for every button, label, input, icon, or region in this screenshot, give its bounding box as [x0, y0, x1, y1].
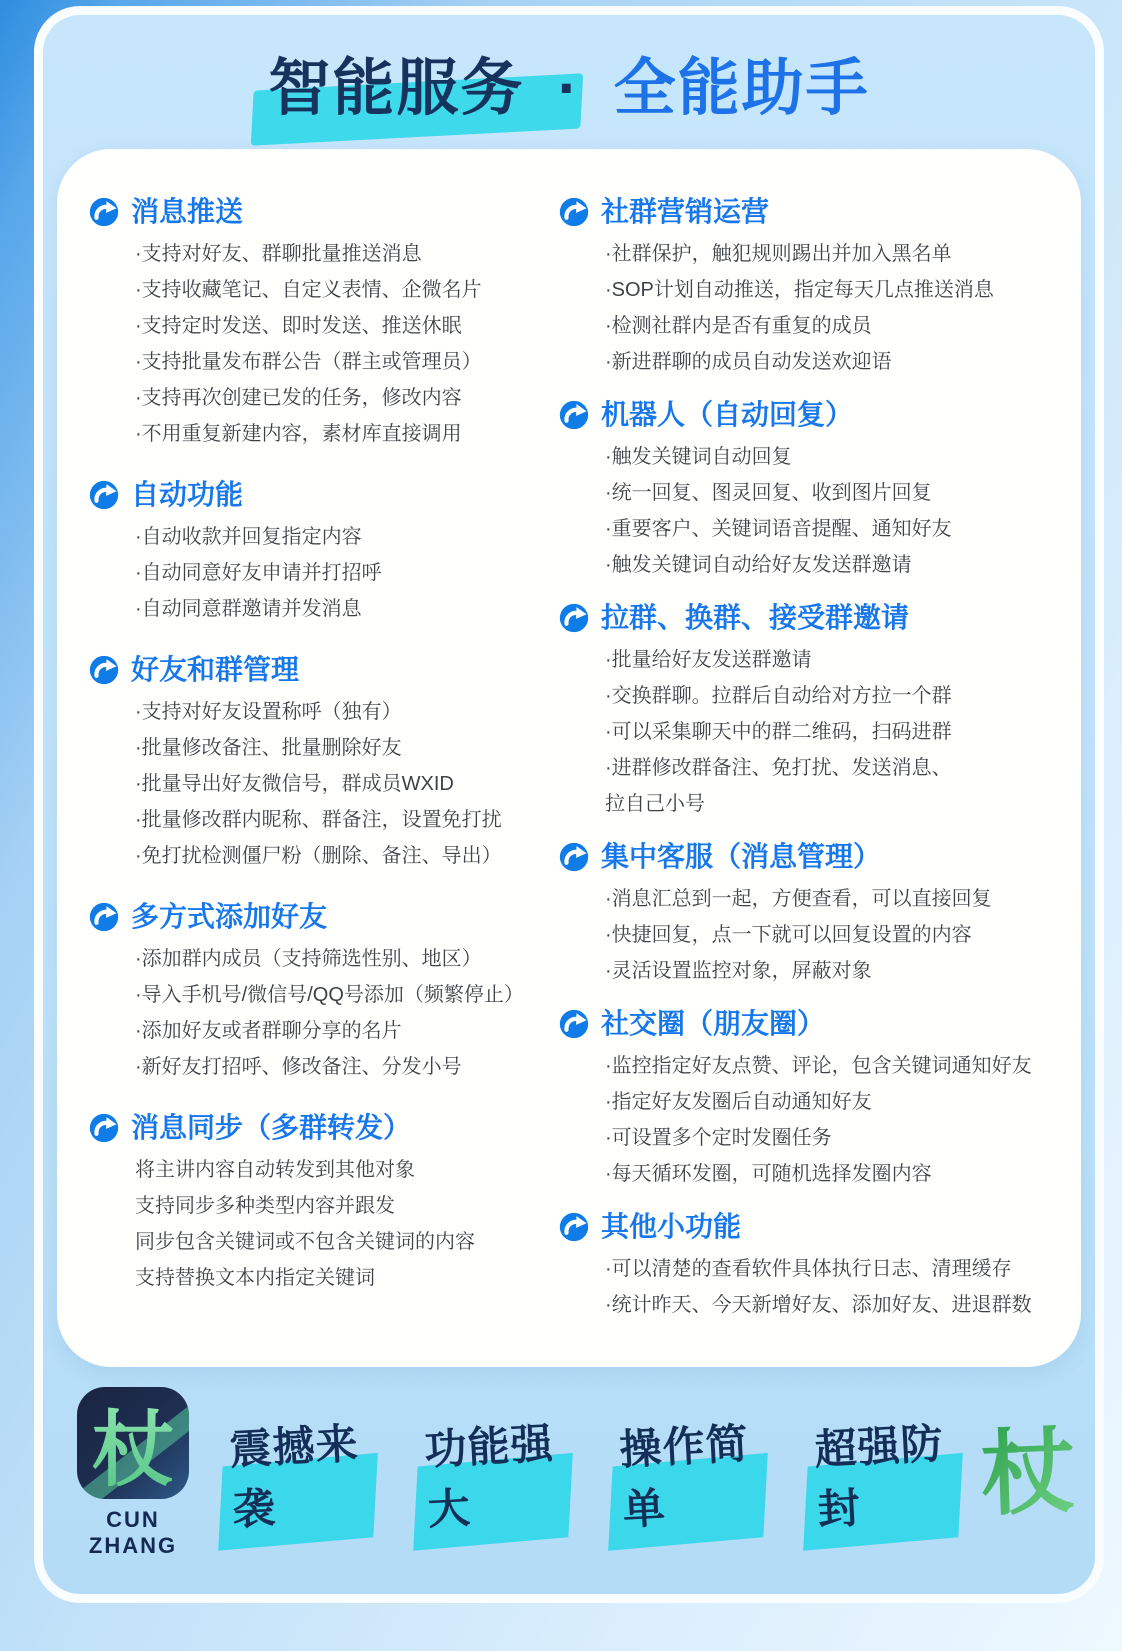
feature-item: ·支持收藏笔记、自定义表情、企微名片 [135, 272, 547, 308]
feature-section: 消息推送 ·支持对好友、群聊批量推送消息·支持收藏笔记、自定义表情、企微名片·支… [89, 195, 547, 452]
feature-item-list: ·监控指定好友点赞、评论，包含关键词通知好友·指定好友发圈后自动通知好友·可设置… [559, 1048, 1057, 1192]
feature-item: ·免打扰检测僵尸粉（删除、备注、导出） [135, 838, 547, 874]
main-panel: 智能服务 · 全能助手 消息推送 ·支持对好友、群聊批量推送消息·支持收藏笔记、… [34, 6, 1104, 1603]
circular-arrow-icon [89, 197, 119, 227]
section-title: 自动功能 [131, 478, 243, 512]
feature-item: ·统一回复、图灵回复、收到图片回复 [605, 475, 1057, 511]
title-part1: 智能服务 [268, 54, 524, 123]
feature-item: ·灵活设置监控对象，屏蔽对象 [605, 953, 1057, 989]
feature-item-list: ·自动收款并回复指定内容·自动同意好友申请并打招呼·自动同意群邀请并发消息 [89, 519, 547, 627]
feature-item: ·可以采集聊天中的群二维码，扫码进群 [605, 714, 1057, 750]
slogan-badge: 震撼来袭 [228, 1409, 399, 1537]
feature-item-list: ·添加群内成员（支持筛选性别、地区）·导入手机号/微信号/QQ号添加（频繁停止）… [89, 941, 547, 1085]
feature-item: ·批量给好友发送群邀请 [605, 642, 1057, 678]
feature-item: ·支持再次创建已发的任务，修改内容 [135, 380, 547, 416]
green-brand-glyph: 杖 [979, 1425, 1076, 1522]
circular-arrow-icon [559, 197, 589, 227]
section-title: 消息同步（多群转发） [131, 1111, 411, 1145]
feature-item: ·消息汇总到一起，方便查看，可以直接回复 [605, 881, 1057, 917]
feature-item-list: ·支持对好友、群聊批量推送消息·支持收藏笔记、自定义表情、企微名片·支持定时发送… [89, 236, 547, 452]
circular-arrow-icon [559, 1009, 589, 1039]
section-heading: 拉群、换群、接受群邀请 [559, 601, 1057, 635]
section-heading: 好友和群管理 [89, 653, 547, 687]
title-part2: 全能助手 [614, 54, 870, 123]
circular-arrow-icon [559, 842, 589, 872]
poster-background: 智能服务 · 全能助手 消息推送 ·支持对好友、群聊批量推送消息·支持收藏笔记、… [0, 0, 1122, 1651]
feature-item: ·批量修改群内昵称、群备注，设置免打扰 [135, 802, 547, 838]
feature-item: ·监控指定好友点赞、评论，包含关键词通知好友 [605, 1048, 1057, 1084]
circular-arrow-icon [559, 400, 589, 430]
feature-item: ·自动同意好友申请并打招呼 [135, 555, 547, 591]
feature-item: 将主讲内容自动转发到其他对象 [135, 1152, 547, 1188]
app-icon-glyph: 杖 [77, 1387, 189, 1499]
brand-name: CUN ZHANG [69, 1507, 197, 1559]
feature-section: 其他小功能 ·可以清楚的查看软件具体执行日志、清理缓存·统计昨天、今天新增好友、… [559, 1210, 1057, 1323]
feature-item: ·支持对好友、群聊批量推送消息 [135, 236, 547, 272]
feature-item-list: ·消息汇总到一起，方便查看，可以直接回复·快捷回复，点一下就可以回复设置的内容·… [559, 881, 1057, 989]
feature-item: ·检测社群内是否有重复的成员 [605, 308, 1057, 344]
circular-arrow-icon [559, 1212, 589, 1242]
feature-section: 拉群、换群、接受群邀请 ·批量给好友发送群邀请·交换群聊。拉群后自动给对方拉一个… [559, 601, 1057, 822]
section-title: 消息推送 [131, 195, 243, 229]
feature-section: 社交圈（朋友圈） ·监控指定好友点赞、评论，包含关键词通知好友·指定好友发圈后自… [559, 1007, 1057, 1192]
section-heading: 集中客服（消息管理） [559, 840, 1057, 874]
section-heading: 其他小功能 [559, 1210, 1057, 1244]
feature-item: ·可设置多个定时发圈任务 [605, 1120, 1057, 1156]
section-title: 多方式添加好友 [131, 900, 327, 934]
features-card: 消息推送 ·支持对好友、群聊批量推送消息·支持收藏笔记、自定义表情、企微名片·支… [57, 149, 1081, 1367]
feature-item: ·支持批量发布群公告（群主或管理员） [135, 344, 547, 380]
feature-item: ·新进群聊的成员自动发送欢迎语 [605, 344, 1057, 380]
feature-item: ·可以清楚的查看软件具体执行日志、清理缓存 [605, 1251, 1057, 1287]
feature-item: ·交换群聊。拉群后自动给对方拉一个群 [605, 678, 1057, 714]
feature-section: 好友和群管理 ·支持对好友设置称呼（独有）·批量修改备注、批量删除好友·批量导出… [89, 653, 547, 874]
page-title: 智能服务 · 全能助手 [43, 55, 1095, 123]
section-title: 拉群、换群、接受群邀请 [601, 601, 909, 635]
section-title: 其他小功能 [601, 1210, 741, 1244]
feature-item: ·自动同意群邀请并发消息 [135, 591, 547, 627]
circular-arrow-icon [89, 480, 119, 510]
section-heading: 社交圈（朋友圈） [559, 1007, 1057, 1041]
feature-section: 社群营销运营 ·社群保护，触犯规则踢出并加入黑名单·SOP计划自动推送，指定每天… [559, 195, 1057, 380]
circular-arrow-icon [89, 902, 119, 932]
slogan-badge: 操作简单 [618, 1409, 789, 1537]
features-column-right: 社群营销运营 ·社群保护，触犯规则踢出并加入黑名单·SOP计划自动推送，指定每天… [559, 195, 1057, 1341]
feature-item: ·批量修改备注、批量删除好友 [135, 730, 547, 766]
feature-item: ·重要客户、关键词语音提醒、通知好友 [605, 511, 1057, 547]
cunzhang-app-icon: 杖 [77, 1387, 189, 1499]
feature-item-list: 将主讲内容自动转发到其他对象支持同步多种类型内容并跟发同步包含关键词或不包含关键… [89, 1152, 547, 1296]
feature-item: ·支持对好友设置称呼（独有） [135, 694, 547, 730]
feature-item-list: ·批量给好友发送群邀请·交换群聊。拉群后自动给对方拉一个群·可以采集聊天中的群二… [559, 642, 1057, 822]
feature-item-list: ·可以清楚的查看软件具体执行日志、清理缓存·统计昨天、今天新增好友、添加好友、进… [559, 1251, 1057, 1323]
feature-item-list: ·触发关键词自动回复·统一回复、图灵回复、收到图片回复·重要客户、关键词语音提醒… [559, 439, 1057, 583]
section-heading: 消息同步（多群转发） [89, 1111, 547, 1145]
feature-item: ·社群保护，触犯规则踢出并加入黑名单 [605, 236, 1057, 272]
section-heading: 社群营销运营 [559, 195, 1057, 229]
section-title: 机器人（自动回复） [601, 398, 853, 432]
feature-item: 拉自己小号 [605, 786, 1057, 822]
footer: 杖 CUN ZHANG 震撼来袭 功能强大 操作简单 超强防封 杖 [43, 1367, 1095, 1559]
feature-item: 支持同步多种类型内容并跟发 [135, 1188, 547, 1224]
brand-logo: 杖 CUN ZHANG [69, 1387, 197, 1559]
feature-section: 消息同步（多群转发） 将主讲内容自动转发到其他对象支持同步多种类型内容并跟发同步… [89, 1111, 547, 1296]
section-heading: 消息推送 [89, 195, 547, 229]
section-title: 社群营销运营 [601, 195, 769, 229]
feature-section: 集中客服（消息管理） ·消息汇总到一起，方便查看，可以直接回复·快捷回复，点一下… [559, 840, 1057, 989]
circular-arrow-icon [559, 603, 589, 633]
feature-item: ·添加好友或者群聊分享的名片 [135, 1013, 547, 1049]
title-separator: · [558, 54, 581, 123]
feature-item: ·自动收款并回复指定内容 [135, 519, 547, 555]
feature-item: ·触发关键词自动给好友发送群邀请 [605, 547, 1057, 583]
feature-item-list: ·社群保护，触犯规则踢出并加入黑名单·SOP计划自动推送，指定每天几点推送消息·… [559, 236, 1057, 380]
section-heading: 多方式添加好友 [89, 900, 547, 934]
feature-item: ·统计昨天、今天新增好友、添加好友、进退群数 [605, 1287, 1057, 1323]
feature-item: ·快捷回复，点一下就可以回复设置的内容 [605, 917, 1057, 953]
section-title: 好友和群管理 [131, 653, 299, 687]
feature-item: ·不用重复新建内容，素材库直接调用 [135, 416, 547, 452]
feature-item: 支持替换文本内指定关键词 [135, 1260, 547, 1296]
feature-item: ·添加群内成员（支持筛选性别、地区） [135, 941, 547, 977]
section-heading: 机器人（自动回复） [559, 398, 1057, 432]
feature-item: 同步包含关键词或不包含关键词的内容 [135, 1224, 547, 1260]
feature-item: ·指定好友发圈后自动通知好友 [605, 1084, 1057, 1120]
feature-item: ·新好友打招呼、修改备注、分发小号 [135, 1049, 547, 1085]
feature-section: 机器人（自动回复） ·触发关键词自动回复·统一回复、图灵回复、收到图片回复·重要… [559, 398, 1057, 583]
feature-item: ·每天循环发圈，可随机选择发圈内容 [605, 1156, 1057, 1192]
section-heading: 自动功能 [89, 478, 547, 512]
circular-arrow-icon [89, 655, 119, 685]
features-column-left: 消息推送 ·支持对好友、群聊批量推送消息·支持收藏笔记、自定义表情、企微名片·支… [89, 195, 547, 1341]
slogan-badge: 功能强大 [423, 1409, 594, 1537]
circular-arrow-icon [89, 1113, 119, 1143]
slogan-badge: 超强防封 [813, 1409, 984, 1537]
feature-item: ·进群修改群备注、免打扰、发送消息、 [605, 750, 1057, 786]
feature-item: ·批量导出好友微信号，群成员WXID [135, 766, 547, 802]
feature-section: 多方式添加好友 ·添加群内成员（支持筛选性别、地区）·导入手机号/微信号/QQ号… [89, 900, 547, 1085]
feature-section: 自动功能 ·自动收款并回复指定内容·自动同意好友申请并打招呼·自动同意群邀请并发… [89, 478, 547, 627]
feature-item: ·触发关键词自动回复 [605, 439, 1057, 475]
section-title: 社交圈（朋友圈） [601, 1007, 825, 1041]
feature-item-list: ·支持对好友设置称呼（独有）·批量修改备注、批量删除好友·批量导出好友微信号，群… [89, 694, 547, 874]
feature-item: ·SOP计划自动推送，指定每天几点推送消息 [605, 272, 1057, 308]
feature-item: ·导入手机号/微信号/QQ号添加（频繁停止） [135, 977, 547, 1013]
feature-item: ·支持定时发送、即时发送、推送休眠 [135, 308, 547, 344]
slogan-row: 震撼来袭 功能强大 操作简单 超强防封 [231, 1413, 981, 1533]
section-title: 集中客服（消息管理） [601, 840, 881, 874]
